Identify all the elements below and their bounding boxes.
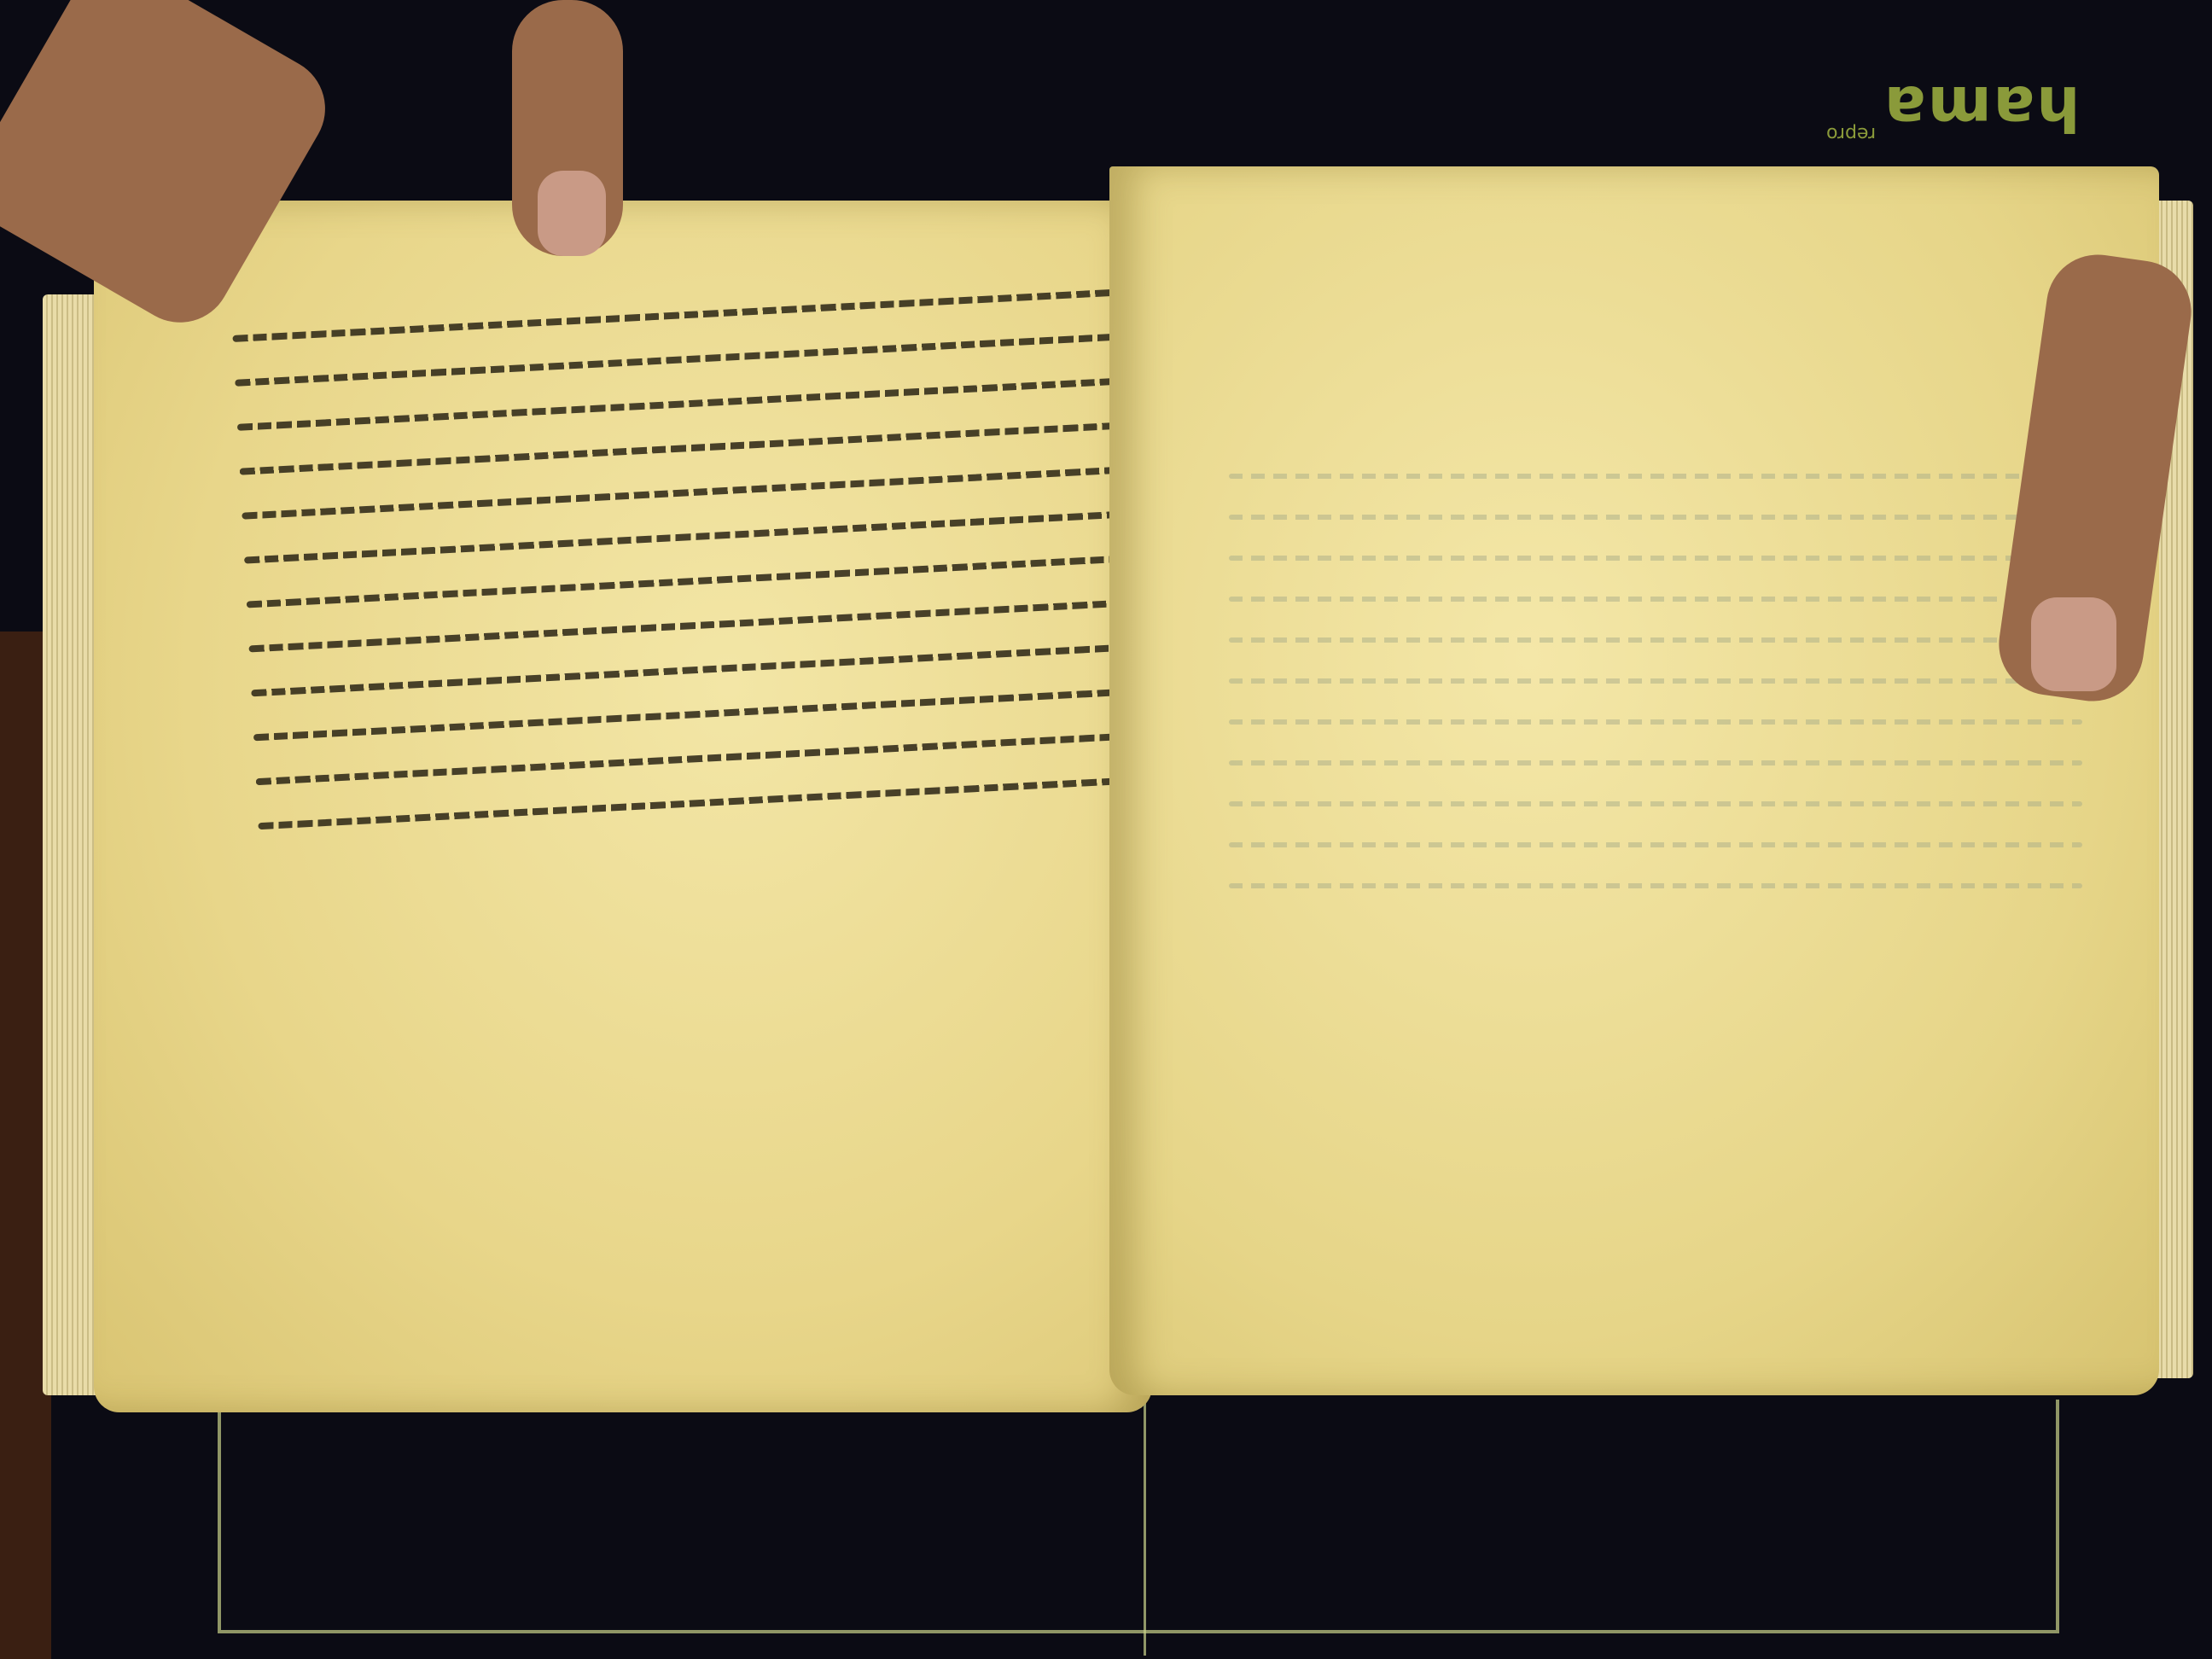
bleed-through-text	[1229, 448, 2082, 1216]
logo-sub: repro	[1826, 123, 1876, 144]
scanner-center-line	[1144, 1400, 1146, 1656]
logo-brand: hama	[1883, 73, 2080, 144]
manuscript-right-page	[1109, 166, 2159, 1395]
right-thumb-nail	[2031, 597, 2116, 691]
open-manuscript	[43, 166, 2193, 1429]
left-thumb-nail	[538, 171, 606, 256]
scanner-frame-line	[218, 1400, 2059, 1633]
photo-scene: hamarepro	[0, 0, 2212, 1659]
manuscript-left-page	[94, 201, 1152, 1412]
scanner-logo: hamarepro	[1826, 73, 2081, 144]
handwritten-text-block	[231, 263, 1160, 958]
